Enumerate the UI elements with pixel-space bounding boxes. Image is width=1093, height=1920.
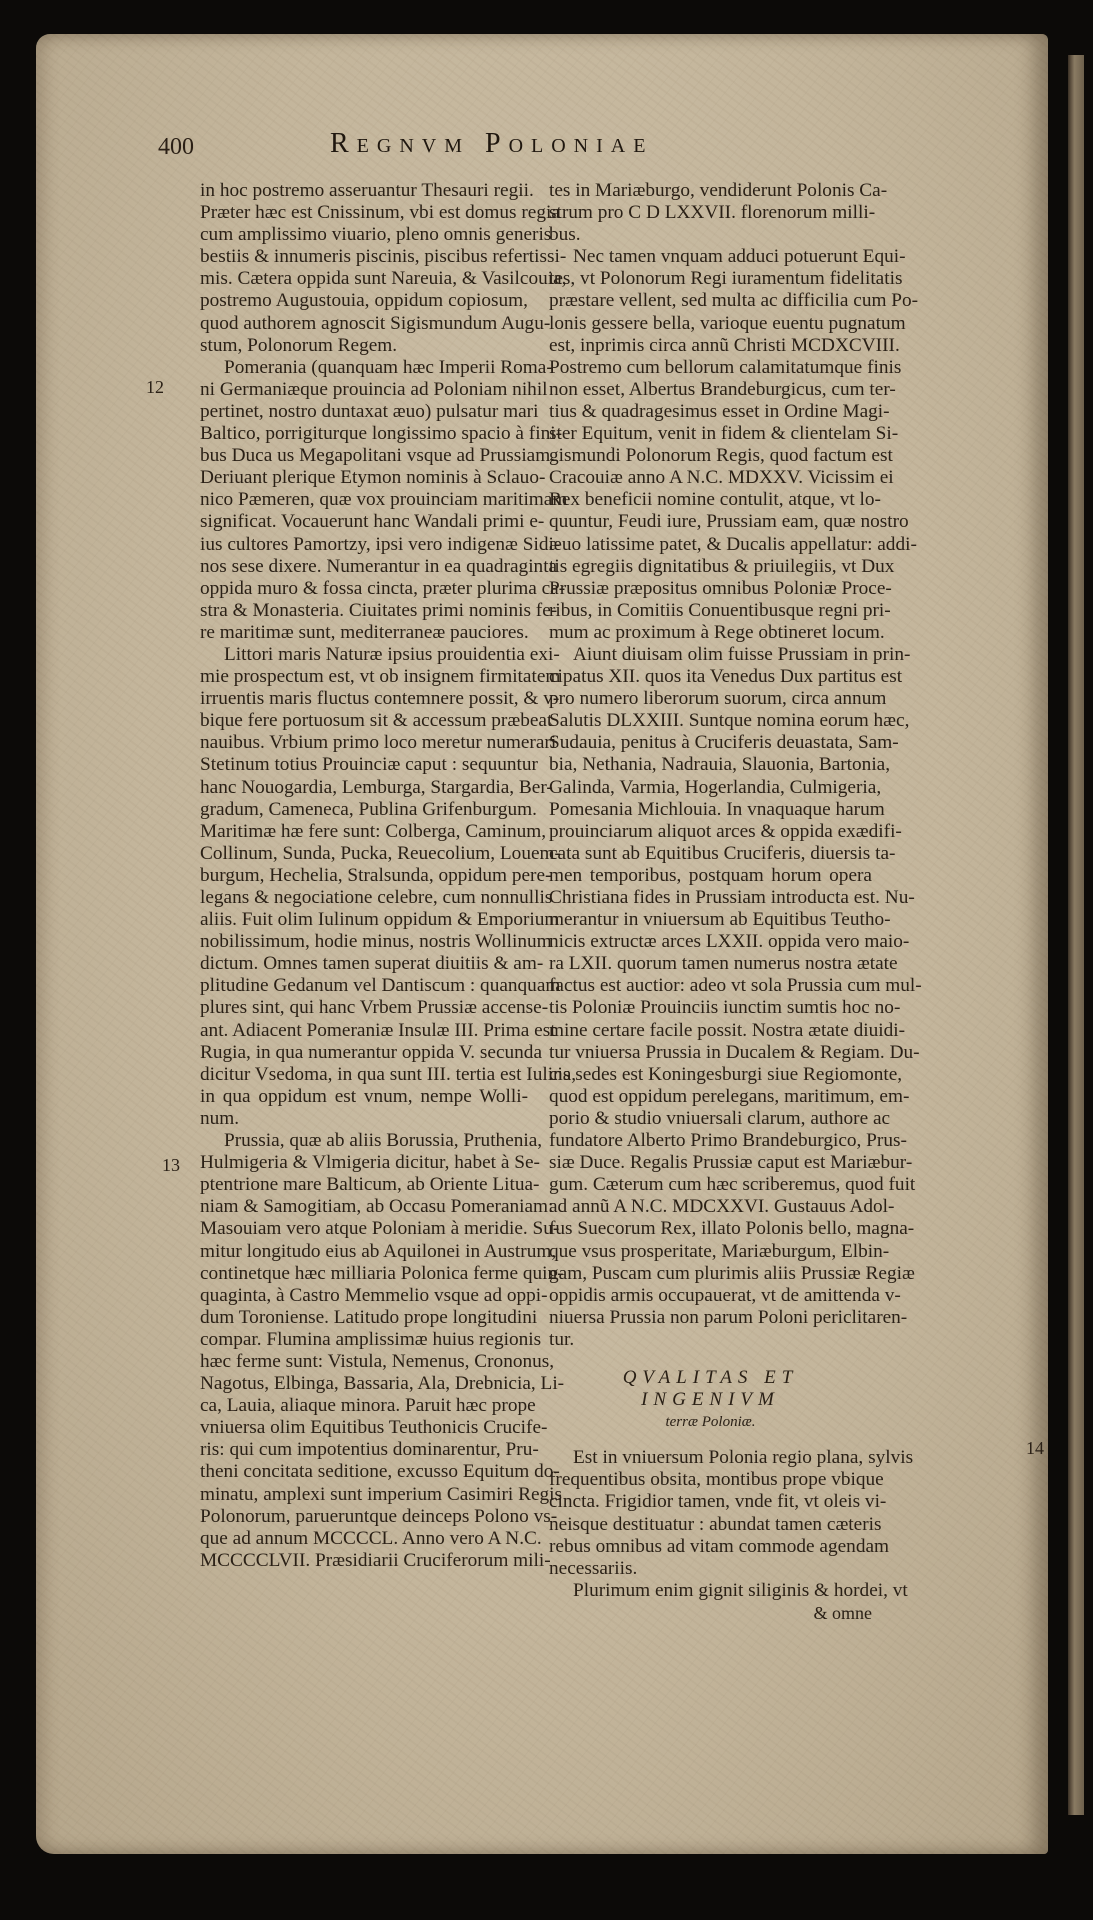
text-line: nicis extructæ arces LXXII. oppida vero … bbox=[549, 931, 872, 953]
text-line: tur. bbox=[549, 1329, 872, 1351]
text-line: theni concitata seditione, excusso Equit… bbox=[200, 1461, 528, 1483]
text-line: ra LXII. quorum tamen numerus nostra æta… bbox=[549, 953, 872, 975]
text-line: Deriuant plerique Etymon nominis à Sclau… bbox=[200, 467, 528, 489]
text-line: que ad annum MCCCCL. Anno vero A N.C. bbox=[200, 1528, 528, 1550]
text-line: quaginta, à Castro Memmelio vsque ad opp… bbox=[200, 1285, 528, 1307]
text-line: vniuersa olim Equitibus Teuthonicis Cruc… bbox=[200, 1417, 528, 1439]
text-line: Sudauia, penitus à Cruciferis deuastata,… bbox=[549, 732, 872, 754]
text-line: in hoc postremo asseruantur Thesauri reg… bbox=[200, 180, 528, 202]
text-line: frequentibus obsita, montibus prope vbiq… bbox=[549, 1469, 872, 1491]
text-line: non esset, Albertus Brandeburgicus, cum … bbox=[549, 379, 872, 401]
text-line: prouinciarum aliquot arces & oppida exæd… bbox=[549, 821, 872, 843]
text-line: merantur in vniuersum ab Equitibus Teuth… bbox=[549, 909, 872, 931]
text-line: re maritimæ sunt, mediterraneæ pauciores… bbox=[200, 622, 528, 644]
text-line: mis. Cætera oppida sunt Nareuia, & Vasil… bbox=[200, 268, 528, 290]
section-heading: QVALITAS ET INGENIVM bbox=[549, 1367, 872, 1411]
text-line: Nec tamen vnquam adduci potuerunt Equi- bbox=[549, 246, 872, 268]
text-line: mine certare facile possit. Nostra ætate… bbox=[549, 1020, 872, 1042]
running-title: Regnvm Poloniae bbox=[330, 128, 653, 160]
text-line: oppida muro & fossa cincta, præter pluri… bbox=[200, 578, 528, 600]
text-line: gradum, Cameneca, Publina Grifenburgum. bbox=[200, 799, 528, 821]
text-line: Hulmigeria & Vlmigeria dicitur, habet à … bbox=[200, 1152, 528, 1174]
text-line: quuntur, Feudi iure, Prussiam eam, quæ n… bbox=[549, 511, 872, 533]
text-line: in qua oppidum est vnum, nempe Wolli- bbox=[200, 1086, 528, 1108]
text-line: tur vniuersa Prussia in Ducalem & Regiam… bbox=[549, 1042, 872, 1064]
text-line: tes in Mariæburgo, vendiderunt Polonis C… bbox=[549, 180, 872, 202]
text-line: Prussiæ præpositus omnibus Poloniæ Proce… bbox=[549, 578, 872, 600]
text-line: fundatore Alberto Primo Brandeburgico, P… bbox=[549, 1130, 872, 1152]
text-line: aliis. Fuit olim Iulinum oppidum & Empor… bbox=[200, 909, 528, 931]
text-line: continetque hæc milliaria Polonica ferme… bbox=[200, 1263, 528, 1285]
text-line: cincta. Frigidior tamen, vnde fit, vt ol… bbox=[549, 1491, 872, 1513]
text-line: niuersa Prussia non parum Poloni pericli… bbox=[549, 1307, 872, 1329]
text-line: ptentrione mare Balticum, ab Oriente Lit… bbox=[200, 1174, 528, 1196]
text-line: ris: qui cum impotentius dominarentur, P… bbox=[200, 1439, 528, 1461]
text-line: Galinda, Varmia, Hogerlandia, Culmigeria… bbox=[549, 777, 872, 799]
text-line: dicitur Vsedoma, in qua sunt III. tertia… bbox=[200, 1064, 528, 1086]
text-line: Salutis DLXXIII. Suntque nomina eorum hæ… bbox=[549, 710, 872, 732]
text-line: Rex beneficii nomine contulit, atque, vt… bbox=[549, 489, 872, 511]
text-line: tis Poloniæ Prouinciis iunctim sumtis ho… bbox=[549, 997, 872, 1019]
text-line: Polonorum, parueruntque deinceps Polono … bbox=[200, 1506, 528, 1528]
text-line: Est in vniuersum Polonia regio plana, sy… bbox=[549, 1447, 872, 1469]
text-line: Pomesania Michlouia. In vnaquaque harum bbox=[549, 799, 872, 821]
text-line: tis egregiis dignitatibus & priuilegiis,… bbox=[549, 556, 872, 578]
text-line: oppidis armis occupauerat, vt de amitten… bbox=[549, 1285, 872, 1307]
text-line: ad annũ A N.C. MDCXXVI. Gustauus Adol- bbox=[549, 1196, 872, 1218]
text-line: bia, Nethania, Nadrauia, Slauonia, Barto… bbox=[549, 754, 872, 776]
catchword: & omne bbox=[549, 1602, 872, 1624]
text-line: niam & Samogitiam, ab Occasu Pomeraniam: bbox=[200, 1196, 528, 1218]
text-line: gum. Cæterum cum hæc scriberemus, quod f… bbox=[549, 1174, 872, 1196]
text-line: pertinet, nostro duntaxat æuo) pulsatur … bbox=[200, 401, 528, 423]
text-line: æuo latissime patet, & Ducalis appellatu… bbox=[549, 534, 872, 556]
text-line: que vsus prosperitate, Mariæburgum, Elbi… bbox=[549, 1241, 872, 1263]
text-line: factus est auctior: adeo vt sola Prussia… bbox=[549, 975, 872, 997]
text-line: cum amplissimo viuario, pleno omnis gene… bbox=[200, 224, 528, 246]
text-line: bus. bbox=[549, 224, 872, 246]
text-line: Collinum, Sunda, Pucka, Reuecolium, Loue… bbox=[200, 843, 528, 865]
text-line: num. bbox=[200, 1108, 528, 1130]
text-line: postremo Augustouia, oppidum copiosum, bbox=[200, 290, 528, 312]
text-line: minatu, amplexi sunt imperium Casimiri R… bbox=[200, 1484, 528, 1506]
text-line: cis sedes est Koningesburgi siue Regiomo… bbox=[549, 1064, 872, 1086]
text-line: mitur longitudo eius ab Aquilonei in Aus… bbox=[200, 1241, 528, 1263]
text-line: quod est oppidum perelegans, maritimum, … bbox=[549, 1086, 872, 1108]
text-line: tes, vt Polonorum Regi iuramentum fideli… bbox=[549, 268, 872, 290]
text-line: Aiunt diuisam olim fuisse Prussiam in pr… bbox=[549, 644, 872, 666]
text-line: gam, Puscam cum plurimis aliis Prussiæ R… bbox=[549, 1263, 872, 1285]
text-line: compar. Flumina amplissimæ huius regioni… bbox=[200, 1329, 528, 1351]
text-line: ius cultores Pamortzy, ipsi vero indigen… bbox=[200, 534, 528, 556]
text-line: bestiis & innumeris piscinis, piscibus r… bbox=[200, 246, 528, 268]
text-line: ca, Lauia, aliaque minora. Paruit hæc pr… bbox=[200, 1395, 528, 1417]
text-line: strum pro C D LXXVII. florenorum milli- bbox=[549, 202, 872, 224]
text-line: porio & studio vniuersali clarum, author… bbox=[549, 1108, 872, 1130]
text-line: rebus omnibus ad vitam commode agendam bbox=[549, 1536, 872, 1558]
text-line: MCCCCLVII. Præsidiarii Cruciferorum mili… bbox=[200, 1550, 528, 1572]
text-line: Rugia, in qua numerantur oppida V. secun… bbox=[200, 1042, 528, 1064]
text-line: bique fere portuosum sit & accessum præb… bbox=[200, 710, 528, 732]
text-line: hæc ferme sunt: Vistula, Nemenus, Cronon… bbox=[200, 1351, 528, 1373]
margin-number-12: 12 bbox=[146, 377, 164, 398]
section-subheading: terræ Poloniæ. bbox=[549, 1411, 872, 1433]
text-line: Baltico, porrigiturque longissimo spacio… bbox=[200, 423, 528, 445]
text-line: cata sunt ab Equitibus Cruciferis, diuer… bbox=[549, 843, 872, 865]
text-line: nico Pæmeren, quæ vox prouinciam maritim… bbox=[200, 489, 528, 511]
text-line: ant. Adiacent Pomeraniæ Insulæ III. Prim… bbox=[200, 1020, 528, 1042]
left-column: in hoc postremo asseruantur Thesauri reg… bbox=[200, 180, 528, 1572]
text-line: mie prospectum est, vt ob insignem firmi… bbox=[200, 666, 528, 688]
text-line: legans & negociatione celebre, cum nonnu… bbox=[200, 887, 528, 909]
text-line: Præter hæc est Cnissinum, vbi est domus … bbox=[200, 202, 528, 224]
right-column: tes in Mariæburgo, vendiderunt Polonis C… bbox=[549, 180, 872, 1624]
text-line: Postremo cum bellorum calamitatumque fin… bbox=[549, 357, 872, 379]
text-line: Plurimum enim gignit siliginis & hordei,… bbox=[549, 1580, 872, 1602]
text-line: fus Suecorum Rex, illato Polonis bello, … bbox=[549, 1218, 872, 1240]
text-line: nobilissimum, hodie minus, nostris Wolli… bbox=[200, 931, 528, 953]
text-line: hanc Nouogardia, Lemburga, Stargardia, B… bbox=[200, 777, 528, 799]
text-line: Prussia, quæ ab aliis Borussia, Prutheni… bbox=[200, 1130, 528, 1152]
text-line: Cracouiæ anno A N.C. MDXXV. Vicissim ei bbox=[549, 467, 872, 489]
text-line: tius & quadragesimus esset in Ordine Mag… bbox=[549, 401, 872, 423]
text-line: pro numero liberorum suorum, circa annum bbox=[549, 688, 872, 710]
text-line: Christiana fides in Prussiam introducta … bbox=[549, 887, 872, 909]
text-line: nauibus. Vrbium primo loco meretur numer… bbox=[200, 732, 528, 754]
text-line: ster Equitum, venit in fidem & clientela… bbox=[549, 423, 872, 445]
text-line: Nagotus, Elbinga, Bassaria, Ala, Drebnic… bbox=[200, 1373, 528, 1395]
text-line: ribus, in Comitiis Conuentibusque regni … bbox=[549, 600, 872, 622]
text-line: gismundi Polonorum Regis, quod factum es… bbox=[549, 445, 872, 467]
text-line: plitudine Gedanum vel Dantiscum : quanqu… bbox=[200, 975, 528, 997]
text-line: mum ac proximum à Rege obtineret locum. bbox=[549, 622, 872, 644]
text-line: lonis gessere bella, varioque euentu pug… bbox=[549, 313, 872, 335]
adjacent-page-edge bbox=[1068, 55, 1084, 1815]
text-line: Masouiam vero atque Poloniam à meridie. … bbox=[200, 1218, 528, 1240]
text-line: est, inprimis circa annũ Christi MCDXCVI… bbox=[549, 335, 872, 357]
text-line: quod authorem agnoscit Sigismundum Augu- bbox=[200, 313, 528, 335]
text-line: Littori maris Naturæ ipsius prouidentia … bbox=[200, 644, 528, 666]
text-line: dum Toroniense. Latitudo prope longitudi… bbox=[200, 1307, 528, 1329]
text-line: dictum. Omnes tamen superat diuitiis & a… bbox=[200, 953, 528, 975]
text-line: Pomerania (quanquam hæc Imperii Roma- bbox=[200, 357, 528, 379]
text-line: plures sint, qui hanc Vrbem Prussiæ acce… bbox=[200, 997, 528, 1019]
text-line: stra & Monasteria. Ciuitates primi nomin… bbox=[200, 600, 528, 622]
page-header: 400 Regnvm Poloniae bbox=[0, 128, 1093, 168]
text-line: Stetinum totius Prouinciæ caput : sequun… bbox=[200, 754, 528, 776]
text-line: ni Germaniæque prouincia ad Poloniam nih… bbox=[200, 379, 528, 401]
text-line: siæ Duce. Regalis Prussiæ caput est Mari… bbox=[549, 1152, 872, 1174]
text-line: irruentis maris fluctus contemnere possi… bbox=[200, 688, 528, 710]
text-line: nos sese dixere. Numerantur in ea quadra… bbox=[200, 556, 528, 578]
text-line: præstare vellent, sed multa ac difficili… bbox=[549, 290, 872, 312]
text-line: men temporibus, postquam horum opera bbox=[549, 865, 872, 887]
text-line: necessariis. bbox=[549, 1558, 872, 1580]
margin-number-13: 13 bbox=[162, 1155, 180, 1176]
text-line: bus Duca us Megapolitani vsque ad Prussi… bbox=[200, 445, 528, 467]
text-line: significat. Vocauerunt hanc Wandali prim… bbox=[200, 511, 528, 533]
text-line: cipatus XII. quos ita Venedus Dux partit… bbox=[549, 666, 872, 688]
text-line: stum, Polonorum Regem. bbox=[200, 335, 528, 357]
margin-number-14: 14 bbox=[1026, 1438, 1044, 1459]
text-line: burgum, Hechelia, Stralsunda, oppidum pe… bbox=[200, 865, 528, 887]
text-line: Maritimæ hæ fere sunt: Colberga, Caminum… bbox=[200, 821, 528, 843]
page-number: 400 bbox=[158, 134, 194, 161]
text-line: neisque destituatur : abundat tamen cæte… bbox=[549, 1514, 872, 1536]
